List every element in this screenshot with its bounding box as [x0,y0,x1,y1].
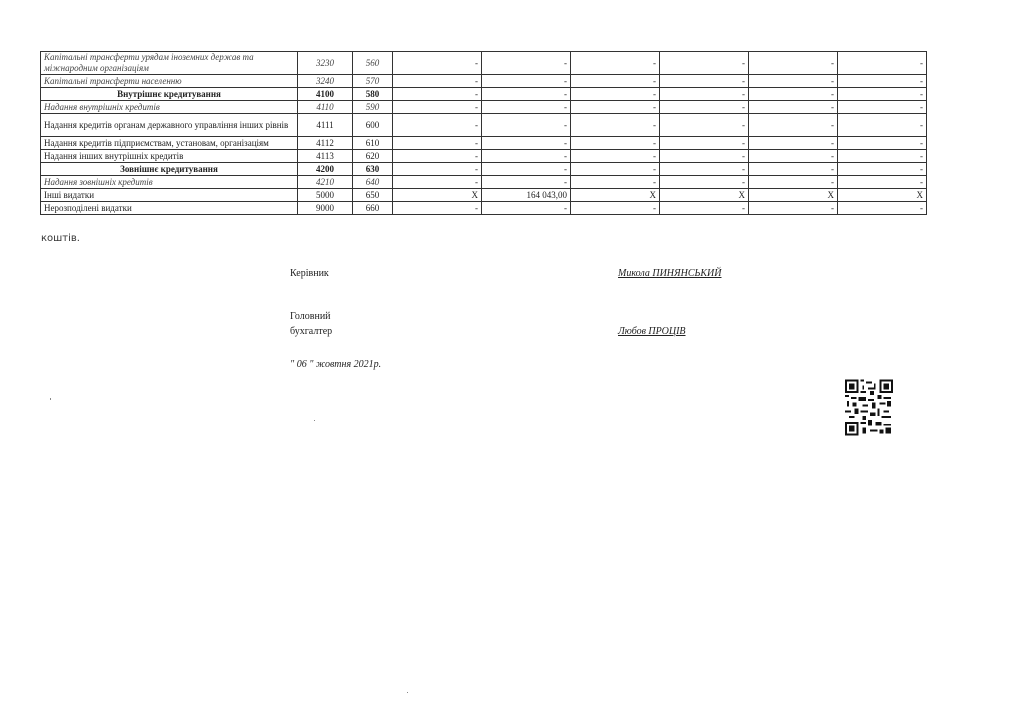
value-cell: X [838,189,927,202]
value-cell: - [571,150,660,163]
value-cell: - [838,150,927,163]
scan-artifact [50,398,51,400]
value-cell: - [660,150,749,163]
table-row: Нерозподілені видатки9000660------ [41,202,927,215]
line-code: 660 [353,202,393,215]
table-row: Надання інших внутрішніх кредитів4113620… [41,150,927,163]
qr-code-icon [845,379,893,436]
value-cell: - [660,163,749,176]
value-cell: - [393,176,482,189]
economic-code: 5000 [298,189,353,202]
value-cell: - [482,163,571,176]
row-label: Капітальні трансферти населенню [41,75,298,88]
budget-expenses-table: Капітальні трансферти урядам іноземних д… [40,51,927,215]
value-cell: - [571,114,660,137]
row-label: Надання кредитів органам державного упра… [41,114,298,137]
line-code: 650 [353,189,393,202]
line-code: 610 [353,137,393,150]
table-row: Надання внутрішніх кредитів4110590------ [41,101,927,114]
line-code: 630 [353,163,393,176]
row-label: Нерозподілені видатки [41,202,298,215]
value-cell: - [571,52,660,75]
value-cell: - [660,176,749,189]
value-cell: - [749,137,838,150]
value-cell: X [571,189,660,202]
accountant-label-line1: Головний [290,311,331,322]
value-cell: - [571,101,660,114]
value-cell: - [482,101,571,114]
value-cell: - [482,75,571,88]
value-cell: - [660,88,749,101]
table-row: Надання кредитів підприємствам, установа… [41,137,927,150]
economic-code: 4113 [298,150,353,163]
value-cell: - [838,101,927,114]
value-cell: - [749,176,838,189]
value-cell: - [749,75,838,88]
table-row: Капітальні трансферти урядам іноземних д… [41,52,927,75]
value-cell: - [482,150,571,163]
table-row: Зовнішнє кредитування4200630------ [41,163,927,176]
row-label: Надання внутрішніх кредитів [41,101,298,114]
value-cell: - [749,150,838,163]
row-label: Інші видатки [41,189,298,202]
value-cell: - [838,176,927,189]
value-cell: - [838,202,927,215]
continuation-text: коштів. [41,233,80,244]
value-cell: - [482,88,571,101]
line-code: 570 [353,75,393,88]
line-code: 560 [353,52,393,75]
value-cell: - [482,52,571,75]
value-cell: - [660,114,749,137]
value-cell: - [571,75,660,88]
value-cell: - [571,137,660,150]
value-cell: - [482,114,571,137]
value-cell: - [482,176,571,189]
value-cell: 164 043,00 [482,189,571,202]
value-cell: - [571,176,660,189]
scan-artifact [314,420,315,421]
row-label: Надання зовнішніх кредитів [41,176,298,189]
economic-code: 4110 [298,101,353,114]
value-cell: - [393,114,482,137]
value-cell: - [838,137,927,150]
value-cell: X [393,189,482,202]
scan-artifact [407,692,408,693]
table-row: Капітальні трансферти населенню3240570--… [41,75,927,88]
value-cell: - [838,114,927,137]
economic-code: 3230 [298,52,353,75]
line-code: 640 [353,176,393,189]
value-cell: - [571,163,660,176]
value-cell: - [660,202,749,215]
value-cell: - [749,163,838,176]
economic-code: 4100 [298,88,353,101]
economic-code: 4210 [298,176,353,189]
accountant-name: Любов ПРОЦІВ [618,326,686,337]
value-cell: - [838,75,927,88]
value-cell: - [838,163,927,176]
row-label: Капітальні трансферти урядам іноземних д… [41,52,298,75]
economic-code: 4111 [298,114,353,137]
table-row: Внутрішнє кредитування4100580------ [41,88,927,101]
document-date: " 06 " жовтня 2021р. [290,359,381,370]
row-label: Зовнішнє кредитування [41,163,298,176]
line-code: 600 [353,114,393,137]
economic-code: 9000 [298,202,353,215]
value-cell: - [571,88,660,101]
value-cell: - [393,88,482,101]
accountant-label-line2: бухгалтер [290,326,332,337]
value-cell: - [393,202,482,215]
value-cell: - [393,75,482,88]
table-row: Інші видатки5000650X164 043,00XXXX [41,189,927,202]
value-cell: - [482,202,571,215]
value-cell: - [482,137,571,150]
value-cell: - [749,202,838,215]
value-cell: - [749,52,838,75]
row-label: Внутрішнє кредитування [41,88,298,101]
value-cell: X [660,189,749,202]
value-cell: - [571,202,660,215]
value-cell: - [393,52,482,75]
value-cell: X [749,189,838,202]
economic-code: 4112 [298,137,353,150]
value-cell: - [660,52,749,75]
value-cell: - [660,137,749,150]
value-cell: - [838,88,927,101]
table-row: Надання кредитів органам державного упра… [41,114,927,137]
value-cell: - [393,137,482,150]
economic-code: 3240 [298,75,353,88]
line-code: 590 [353,101,393,114]
value-cell: - [660,101,749,114]
table-row: Надання зовнішніх кредитів4210640------ [41,176,927,189]
head-name: Микола ПИНЯНСЬКИЙ [618,268,721,279]
head-label: Керівник [290,268,329,279]
row-label: Надання кредитів підприємствам, установа… [41,137,298,150]
line-code: 580 [353,88,393,101]
value-cell: - [749,88,838,101]
line-code: 620 [353,150,393,163]
value-cell: - [393,163,482,176]
value-cell: - [749,101,838,114]
row-label: Надання інших внутрішніх кредитів [41,150,298,163]
value-cell: - [660,75,749,88]
value-cell: - [393,150,482,163]
value-cell: - [838,52,927,75]
value-cell: - [393,101,482,114]
value-cell: - [749,114,838,137]
economic-code: 4200 [298,163,353,176]
